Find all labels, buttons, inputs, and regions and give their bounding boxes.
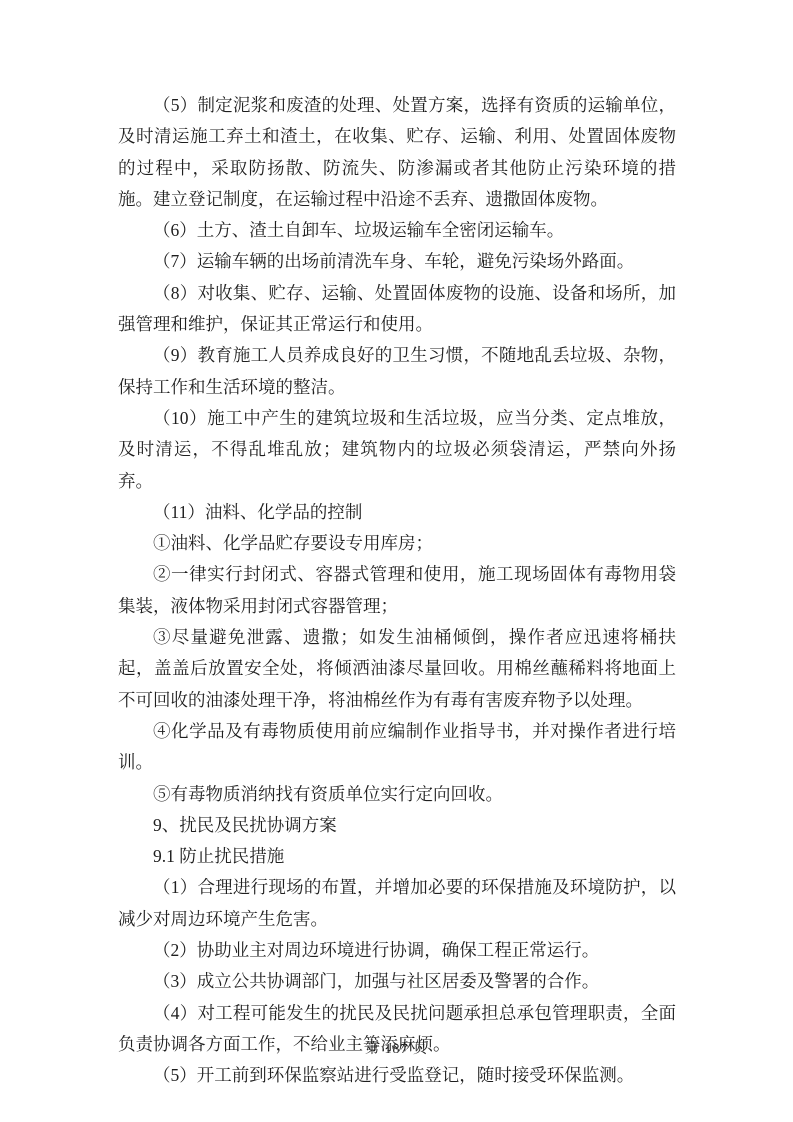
section-heading-9-1: 9.1 防止扰民措施 (118, 841, 676, 872)
list-item-circled-3: ③尽量避免泄露、遗撒；如发生油桶倾倒，操作者应迅速将桶扶起，盖盖后放置安全处，将… (118, 622, 676, 716)
clause-heading-oil-chemicals: （11）油料、化学品的控制 (118, 497, 676, 528)
page-number: 第 187 页 (0, 1038, 793, 1058)
paragraph: （10）施工中产生的建筑垃圾和生活垃圾，应当分类、定点堆放，及时清运，不得乱堆乱… (118, 403, 676, 497)
paragraph: （7）运输车辆的出场前清洗车身、车轮，避免污染场外路面。 (118, 246, 676, 277)
list-item-circled-1: ①油料、化学品贮存要设专用库房； (118, 528, 676, 559)
document-body: （5）制定泥浆和废渣的处理、处置方案，选择有资质的运输单位，及时清运施工弃土和渣… (118, 90, 676, 1092)
paragraph: （5）开工前到环保监察站进行受监登记，随时接受环保监测。 (118, 1060, 676, 1091)
paragraph: （3）成立公共协调部门，加强与社区居委及警署的合作。 (118, 966, 676, 997)
section-heading-9: 9、扰民及民扰协调方案 (118, 810, 676, 841)
list-item-circled-2: ②一律实行封闭式、容器式管理和使用，施工现场固体有毒物用袋集装，液体物采用封闭式… (118, 559, 676, 622)
list-item-circled-5: ⑤有毒物质消纳找有资质单位实行定向回收。 (118, 779, 676, 810)
document-page: （5）制定泥浆和废渣的处理、处置方案，选择有资质的运输单位，及时清运施工弃土和渣… (0, 0, 793, 1122)
paragraph: （2）协助业主对周边环境进行协调，确保工程正常运行。 (118, 935, 676, 966)
paragraph: （1）合理进行现场的布置，并增加必要的环保措施及环境防护，以减少对周边环境产生危… (118, 872, 676, 935)
paragraph: （8）对收集、贮存、运输、处置固体废物的设施、设备和场所，加强管理和维护，保证其… (118, 278, 676, 341)
paragraph: （9）教育施工人员养成良好的卫生习惯，不随地乱丢垃圾、杂物，保持工作和生活环境的… (118, 340, 676, 403)
paragraph: （6）土方、渣土自卸车、垃圾运输车全密闭运输车。 (118, 215, 676, 246)
paragraph: （5）制定泥浆和废渣的处理、处置方案，选择有资质的运输单位，及时清运施工弃土和渣… (118, 90, 676, 215)
list-item-circled-4: ④化学品及有毒物质使用前应编制作业指导书，并对操作者进行培训。 (118, 716, 676, 779)
